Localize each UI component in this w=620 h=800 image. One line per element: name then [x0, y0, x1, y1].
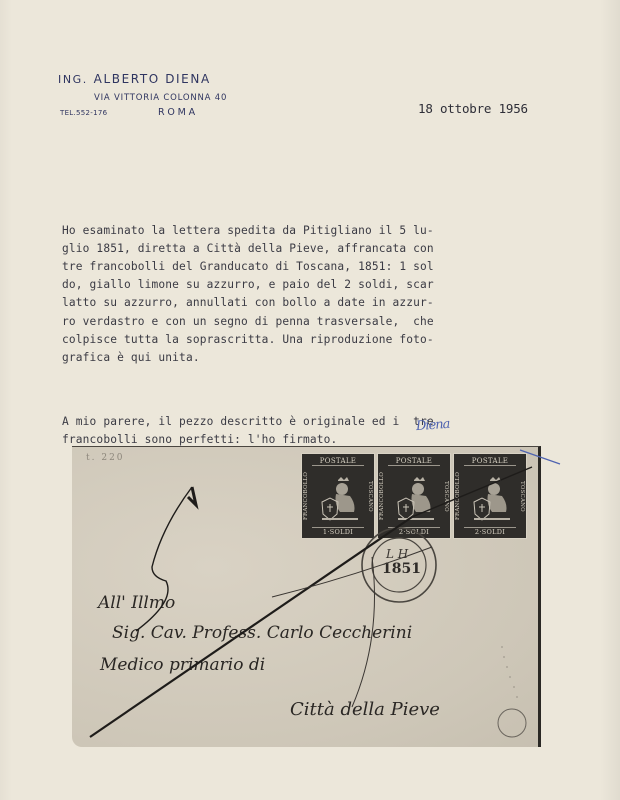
certificate-page: Ing. Alberto Diena VIA VITTORIA COLONNA …: [0, 0, 620, 800]
blue-pencil-line: [0, 0, 620, 800]
